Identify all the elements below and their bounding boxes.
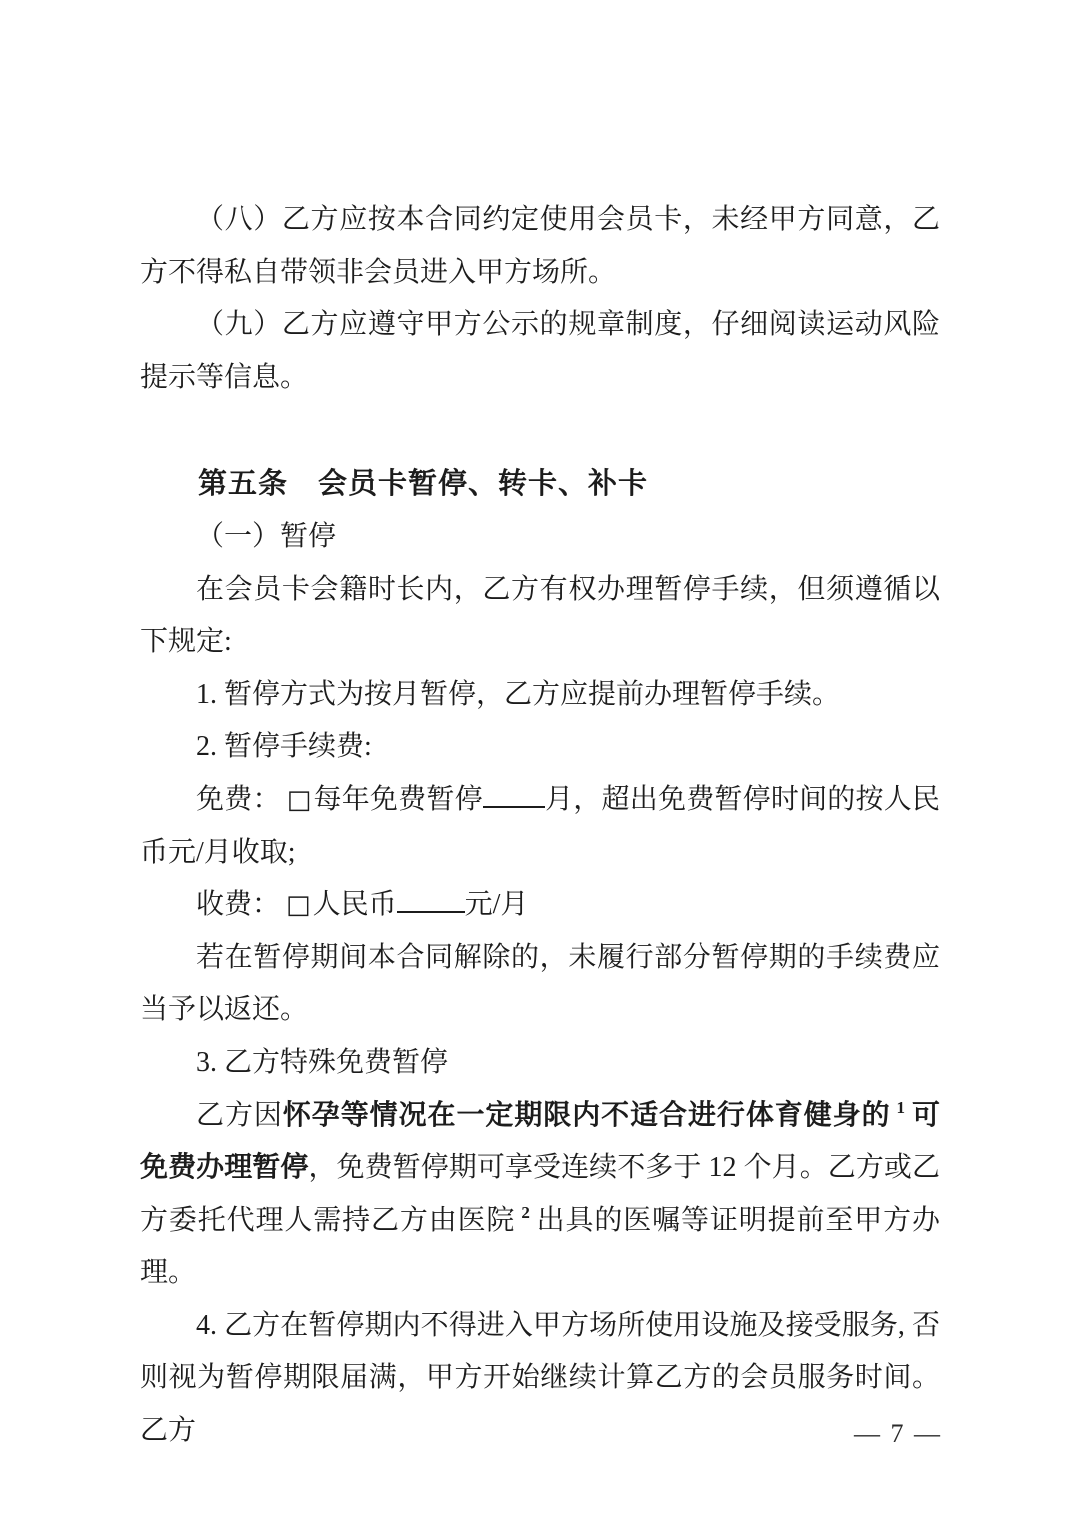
clause-8-paragraph: （八）乙方应按本合同约定使用会员卡，未经甲方同意，乙方不得私自带领非会员进入甲方… — [140, 194, 940, 299]
refund-paragraph: 若在暂停期间本合同解除的，未履行部分暂停期的手续费应当予以返还。 — [140, 932, 940, 1037]
checkbox-icon: □ — [281, 785, 314, 815]
contract-document-page: （八）乙方应按本合同约定使用会员卡，未经甲方同意，乙方不得私自带领非会员进入甲方… — [0, 0, 1080, 1527]
suspension-item-2: 2. 暂停手续费: — [140, 721, 940, 774]
document-body: （八）乙方应按本合同约定使用会员卡，未经甲方同意，乙方不得私自带领非会员进入甲方… — [140, 194, 940, 1458]
suspension-item-3: 3. 乙方特殊免费暂停 — [140, 1037, 940, 1090]
free-suspension-line: 免费：□每年免费暂停月，超出免费暂停时间的按人民币元/月收取; — [140, 774, 940, 879]
clause-9-paragraph: （九）乙方应遵守甲方公示的规章制度，仔细阅读运动风险提示等信息。 — [140, 299, 940, 404]
free-text-1: 每年免费暂停 — [313, 784, 482, 815]
bold-condition-text: 怀孕等情况在一定期限内不适合进行体育健身的 — [283, 1100, 891, 1131]
subsection-1-heading: （一）暂停 — [140, 511, 940, 564]
fill-in-blank-months — [483, 779, 545, 808]
page-number: — 7 — — [854, 1408, 942, 1461]
paid-suspension-line: 收费：□人民币元/月 — [140, 879, 940, 932]
paid-label: 收费： — [196, 889, 280, 920]
text-segment: 乙方因 — [196, 1100, 283, 1131]
suspension-item-4: 4. 乙方在暂停期内不得进入甲方场所使用设施及接受服务, 否则视为暂停期限届满，… — [140, 1300, 940, 1458]
article-5-heading: 第五条 会员卡暂停、转卡、补卡 — [140, 458, 940, 511]
fill-in-blank-amount — [397, 885, 465, 914]
suspension-intro-paragraph: 在会员卡会籍时长内，乙方有权办理暂停手续，但须遵循以下规定: — [140, 564, 940, 669]
paid-text-1: 人民币 — [313, 889, 397, 920]
footnote-ref-1: 1 — [897, 1098, 906, 1117]
paid-text-2: 元/月 — [465, 889, 529, 920]
free-label: 免费： — [196, 784, 281, 815]
suspension-item-1: 1. 暂停方式为按月暂停，乙方应提前办理暂停手续。 — [140, 669, 940, 722]
footnote-ref-2: 2 — [521, 1203, 530, 1222]
checkbox-icon: □ — [280, 890, 313, 920]
special-free-suspension-paragraph: 乙方因怀孕等情况在一定期限内不适合进行体育健身的1可免费办理暂停，免费暂停期可享… — [140, 1090, 940, 1300]
